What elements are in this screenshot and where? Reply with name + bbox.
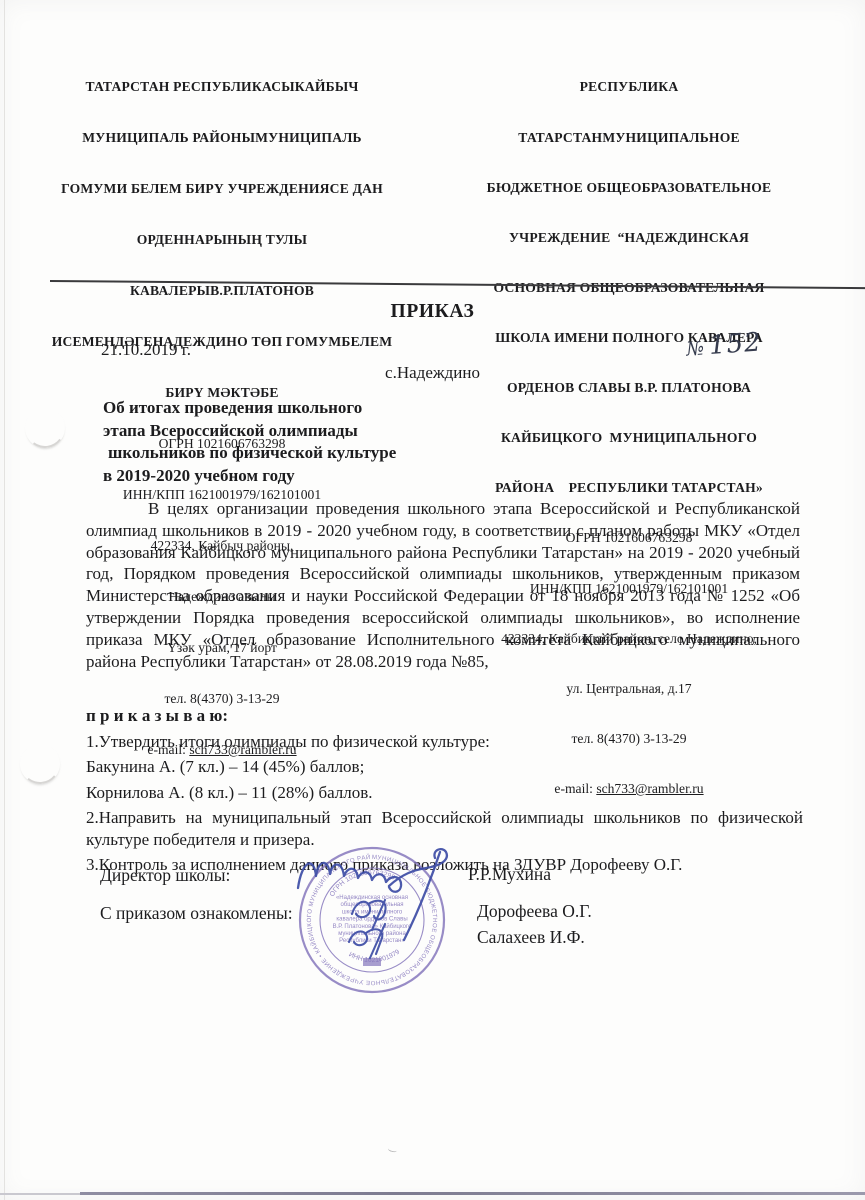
scan-speck [388,1146,398,1153]
director-label: Директор школы: [100,865,230,886]
org-name-line: УЧРЕЖДЕНИЕ “НАДЕЖДИНСКАЯ [436,230,822,247]
scan-bottom-edge-left [0,1193,80,1195]
scanned-order-document: ТАТАРСТАН РЕСПУБЛИКАСЫКАЙБЫЧ МУНИЦИПАЛЬ … [0,0,865,1200]
org-name-line: ГОМУМИ БЕЛЕМ БИРҮ УЧРЕЖДЕНИЯСЕ ДАН [26,180,418,197]
number-sign: № [685,337,704,360]
stamp-center-line: кавалера орденов Славы [336,917,407,923]
subject-line: Об итогах проведения школьного [103,397,523,420]
org-name-line: МУНИЦИПАЛЬ РАЙОНЫМУНИЦИПАЛЬ [26,129,418,146]
order-number-handwritten: № 152 [685,327,763,362]
org-name-line: ИСЕМЕНДӘГЕНАДЕЖДИНО ТӨП ГОМУМБЕЛЕМ [26,333,418,350]
stamp-inn-text: ИНН 1621001979 [348,948,402,964]
address-line: ул. Центральная, д.17 [436,681,822,698]
scan-left-edge [4,0,5,1200]
document-title: ПРИКАЗ [0,301,865,323]
stamp-and-signatures-overlay: МУНИЦИПАЛЬНОЕ БЮДЖЕТНОЕ ОБЩЕОБРАЗОВАТЕЛЬ… [252,830,538,1014]
stamp-center-line: школа имени полного [342,909,403,915]
subject-line: этапа Всероссийской олимпиады [103,420,523,443]
scan-bottom-edge [80,1192,865,1195]
stamp-center-line: «Надеждинская основная [336,895,408,901]
svg-text:ИНН 1621001979: ИНН 1621001979 [348,948,402,964]
org-name-line: ТАТАРСТАНМУНИЦИПАЛЬНОЕ [436,130,822,147]
org-name-line: РЕСПУБЛИКА [436,79,822,96]
org-name-line: БЮДЖЕТНОЕ ОБЩЕОБРАЗОВАТЕЛЬНОЕ [436,180,822,197]
order-date: 21.10.2019 г. [101,340,191,360]
subject-line: в 2019-2020 учебном году [103,465,523,488]
stamp-center-line: муниципального района [338,930,406,937]
order-item: 1.Утвердить итоги олимпиады по физическо… [86,731,803,753]
subject-line: школьников по физической культуре [103,442,523,465]
org-name-line: ШКОЛА ИМЕНИ ПОЛНОГО КАВАЛЕРА [436,330,822,347]
decree-word: п р и к а з ы в а ю: [86,706,228,726]
phone-line: тел. 8(4370) 3-13-29 [26,690,418,707]
order-subject: Об итогах проведения школьного этапа Все… [103,397,523,487]
org-name-line: ТАТАРСТАН РЕСПУБЛИКАСЫКАЙБЫЧ [26,78,418,95]
order-body-paragraph: В целях организации проведения школьного… [86,498,800,672]
order-item-result: Корнилова А. (8 кл.) – 11 (28%) баллов. [86,782,803,804]
order-place: с.Надеждино [0,363,865,383]
order-item-result: Бакунина А. (7 кл.) – 14 (45%) баллов; [86,756,803,778]
number-value: 152 [708,327,763,361]
org-name-line: ОРДЕННАРЫНЫҢ ТУЛЫ [26,231,418,248]
